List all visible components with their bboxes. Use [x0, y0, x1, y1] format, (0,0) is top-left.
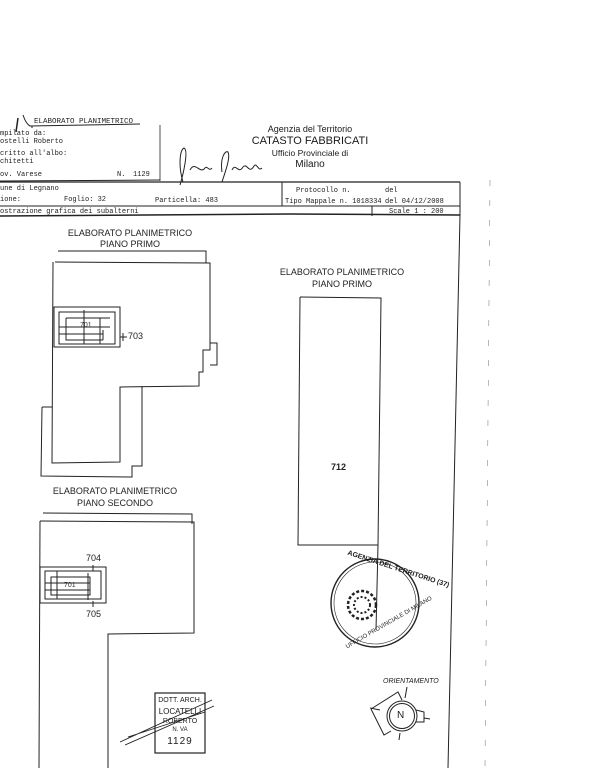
plan-2-subtitle: PIANO PRIMO	[267, 279, 417, 290]
agency-name: Agenzia del Territorio	[235, 124, 385, 134]
register-value: chitetti	[0, 158, 34, 166]
orientation-label: ORIENTAMENTO	[383, 678, 439, 685]
register-label: critto all'albo:	[0, 150, 67, 158]
room-label-704: 704	[86, 553, 101, 563]
protocollo-label: Protocollo n.	[296, 187, 351, 195]
register-number: 1129	[133, 171, 150, 179]
doc-header-title: ELABORATO PLANIMETRICO	[34, 118, 133, 126]
compiled-by-label: mpilato da:	[0, 130, 46, 138]
office-label: Ufficio Provinciale di	[235, 148, 385, 158]
room-label-701-second: 701	[64, 582, 76, 589]
catasto-title: CATASTO FABBRICATI	[235, 135, 385, 147]
document-description: ostrazione grafica dei subalterni	[0, 208, 139, 216]
stamp-line-3: ROBERTO	[157, 718, 203, 725]
plan-1-title: ELABORATO PLANIMETRICO	[55, 228, 205, 239]
room-label-701: 701	[80, 322, 92, 329]
plan-3-subtitle: PIANO SECONDO	[40, 498, 190, 509]
sezione-label: ione:	[0, 196, 21, 204]
stamp-line-4: N. VA	[157, 727, 203, 733]
stamp-line-2: LOCATELLI	[157, 707, 203, 716]
north-icon: N	[397, 710, 404, 721]
protocollo-date-label: del	[385, 187, 398, 195]
plan-2-title: ELABORATO PLANIMETRICO	[267, 267, 417, 278]
stamp-line-1: DOTT. ARCH.	[157, 697, 203, 704]
scale: Scale 1 : 200	[389, 208, 444, 216]
foglio: Foglio: 32	[64, 196, 106, 204]
register-number-label: N.	[117, 171, 125, 179]
tipo-mappale-date: del 04/12/2008	[385, 198, 444, 206]
compiled-by-name: ostelli Roberto	[0, 138, 63, 146]
province-label: ov. Varese	[0, 171, 42, 179]
stamp-number: 1129	[157, 736, 203, 747]
floor-plan-drawing	[0, 0, 593, 768]
plan-3-title: ELABORATO PLANIMETRICO	[40, 486, 190, 497]
office-city: Milano	[235, 159, 385, 170]
room-label-712: 712	[331, 462, 346, 472]
comune: une di Legnano	[0, 185, 59, 193]
particella: Particella: 483	[155, 197, 218, 205]
tipo-mappale: Tipo Mappale n. 1018334	[285, 198, 382, 206]
room-label-705: 705	[86, 609, 101, 619]
plan-1-subtitle: PIANO PRIMO	[55, 239, 205, 250]
room-label-703: 703	[128, 331, 143, 341]
